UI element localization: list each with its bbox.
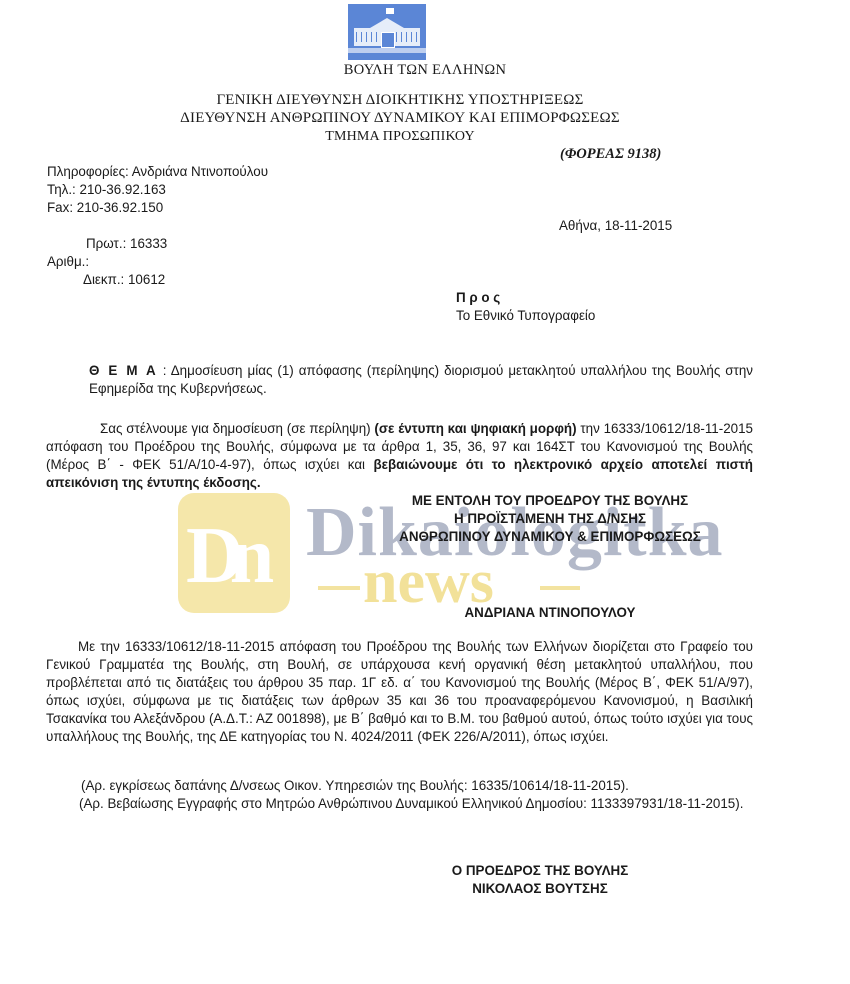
watermark-monogram: Dn (186, 511, 260, 602)
body-paragraph-2: Με την 16333/10612/18-11-2015 απόφαση το… (46, 638, 753, 746)
subject-text: : Δημοσίευση μίας (1) απόφασης (περίληψη… (89, 363, 753, 396)
signature-order-line: ΜΕ ΕΝΤΟΛΗ ΤΟΥ ΠΡΟΕΔΡΟΥ ΤΗΣ ΒΟΥΛΗΣ (380, 492, 720, 510)
recipient-label: Π ρ ο ς (456, 290, 500, 305)
header-department: ΤΜΗΜΑ ΠΡΟΣΩΠΙΚΟΥ (0, 129, 800, 145)
flag-icon (386, 8, 394, 14)
watermark-dash-right (540, 586, 580, 590)
body1-bold-1: (σε έντυπη και ψηφιακή μορφή) (374, 421, 576, 436)
contact-phone: Τηλ.: 210-36.92.163 (47, 182, 166, 197)
number-label: Αριθμ.: (47, 254, 89, 269)
body-paragraph-1: Σας στέλνουμε για δημοσίευση (σε περίληψ… (46, 420, 753, 492)
subject-label: Θ Ε Μ Α (89, 363, 158, 378)
header-directorate: ΔΙΕΥΘΥΝΣΗ ΑΝΘΡΩΠΙΝΟΥ ΔΥΝΑΜΙΚΟΥ ΚΑΙ ΕΠΙΜΟ… (0, 110, 800, 127)
contact-info: Πληροφορίες: Ανδριάνα Ντινοπούλου (47, 164, 268, 179)
logo-steps (348, 48, 426, 53)
signature-block-director: ΜΕ ΕΝΤΟΛΗ ΤΟΥ ΠΡΟΕΔΡΟΥ ΤΗΣ ΒΟΥΛΗΣ Η ΠΡΟΪ… (380, 492, 720, 546)
date-place: Αθήνα, 18-11-2015 (559, 218, 672, 233)
signatory-name-director: ΑΝΔΡΙΑΝΑ ΝΤΙΝΟΠΟΥΛΟΥ (380, 604, 720, 622)
logo-door (381, 32, 395, 48)
president-name: ΝΙΚΟΛΑΟΣ ΒΟΥΤΣΗΣ (420, 880, 660, 898)
contact-fax: Fax: 210-36.92.150 (47, 200, 163, 215)
watermark-dash-left (318, 586, 360, 590)
signature-block-president: Ο ΠΡΟΕΔΡΟΣ ΤΗΣ ΒΟΥΛΗΣ ΝΙΚΟΛΑΟΣ ΒΟΥΤΣΗΣ (420, 862, 660, 898)
header-general-directorate: ΓΕΝΙΚΗ ΔΙΕΥΘΥΝΣΗ ΔΙΟΙΚΗΤΙΚΗΣ ΥΠΟΣΤΗΡΙΞΕΩ… (0, 92, 800, 109)
protocol-number: Πρωτ.: 16333 (86, 236, 167, 251)
logo-caption: ΒΟΥΛΗ ΤΩΝ ΕΛΛΗΝΩΝ (0, 62, 850, 79)
parliament-building-icon (348, 4, 426, 60)
signature-role-line: Η ΠΡΟΪΣΤΑΜΕΝΗ ΤΗΣ Δ/ΝΣΗΣ (380, 510, 720, 528)
dispatch-number: Διεκπ.: 10612 (83, 272, 165, 287)
body2-text: Με την 16333/10612/18-11-2015 απόφαση το… (46, 639, 753, 744)
recipient-name: Το Εθνικό Τυπογραφείο (456, 308, 595, 323)
subject: Θ Ε Μ Α : Δημοσίευση μίας (1) απόφασης (… (89, 362, 753, 398)
registry-certification-note: (Αρ. Βεβαίωσης Εγγραφής στο Μητρώο Ανθρώ… (79, 796, 743, 811)
body1-text-1: Σας στέλνουμε για δημοσίευση (σε περίληψ… (100, 421, 374, 436)
president-title: Ο ΠΡΟΕΔΡΟΣ ΤΗΣ ΒΟΥΛΗΣ (420, 862, 660, 880)
foreas-code: (ΦΟΡΕΑΣ 9138) (560, 146, 661, 163)
signature-directorate-line: ΑΝΘΡΩΠΙΝΟΥ ΔΥΝΑΜΙΚΟΥ & ΕΠΙΜΟΡΦΩΣΕΩΣ (380, 528, 720, 546)
expense-approval-note: (Αρ. εγκρίσεως δαπάνης Δ/νσεως Οικον. Υπ… (81, 778, 629, 793)
watermark-monogram-badge: Dn (178, 493, 290, 613)
logo-pediment (370, 18, 404, 28)
